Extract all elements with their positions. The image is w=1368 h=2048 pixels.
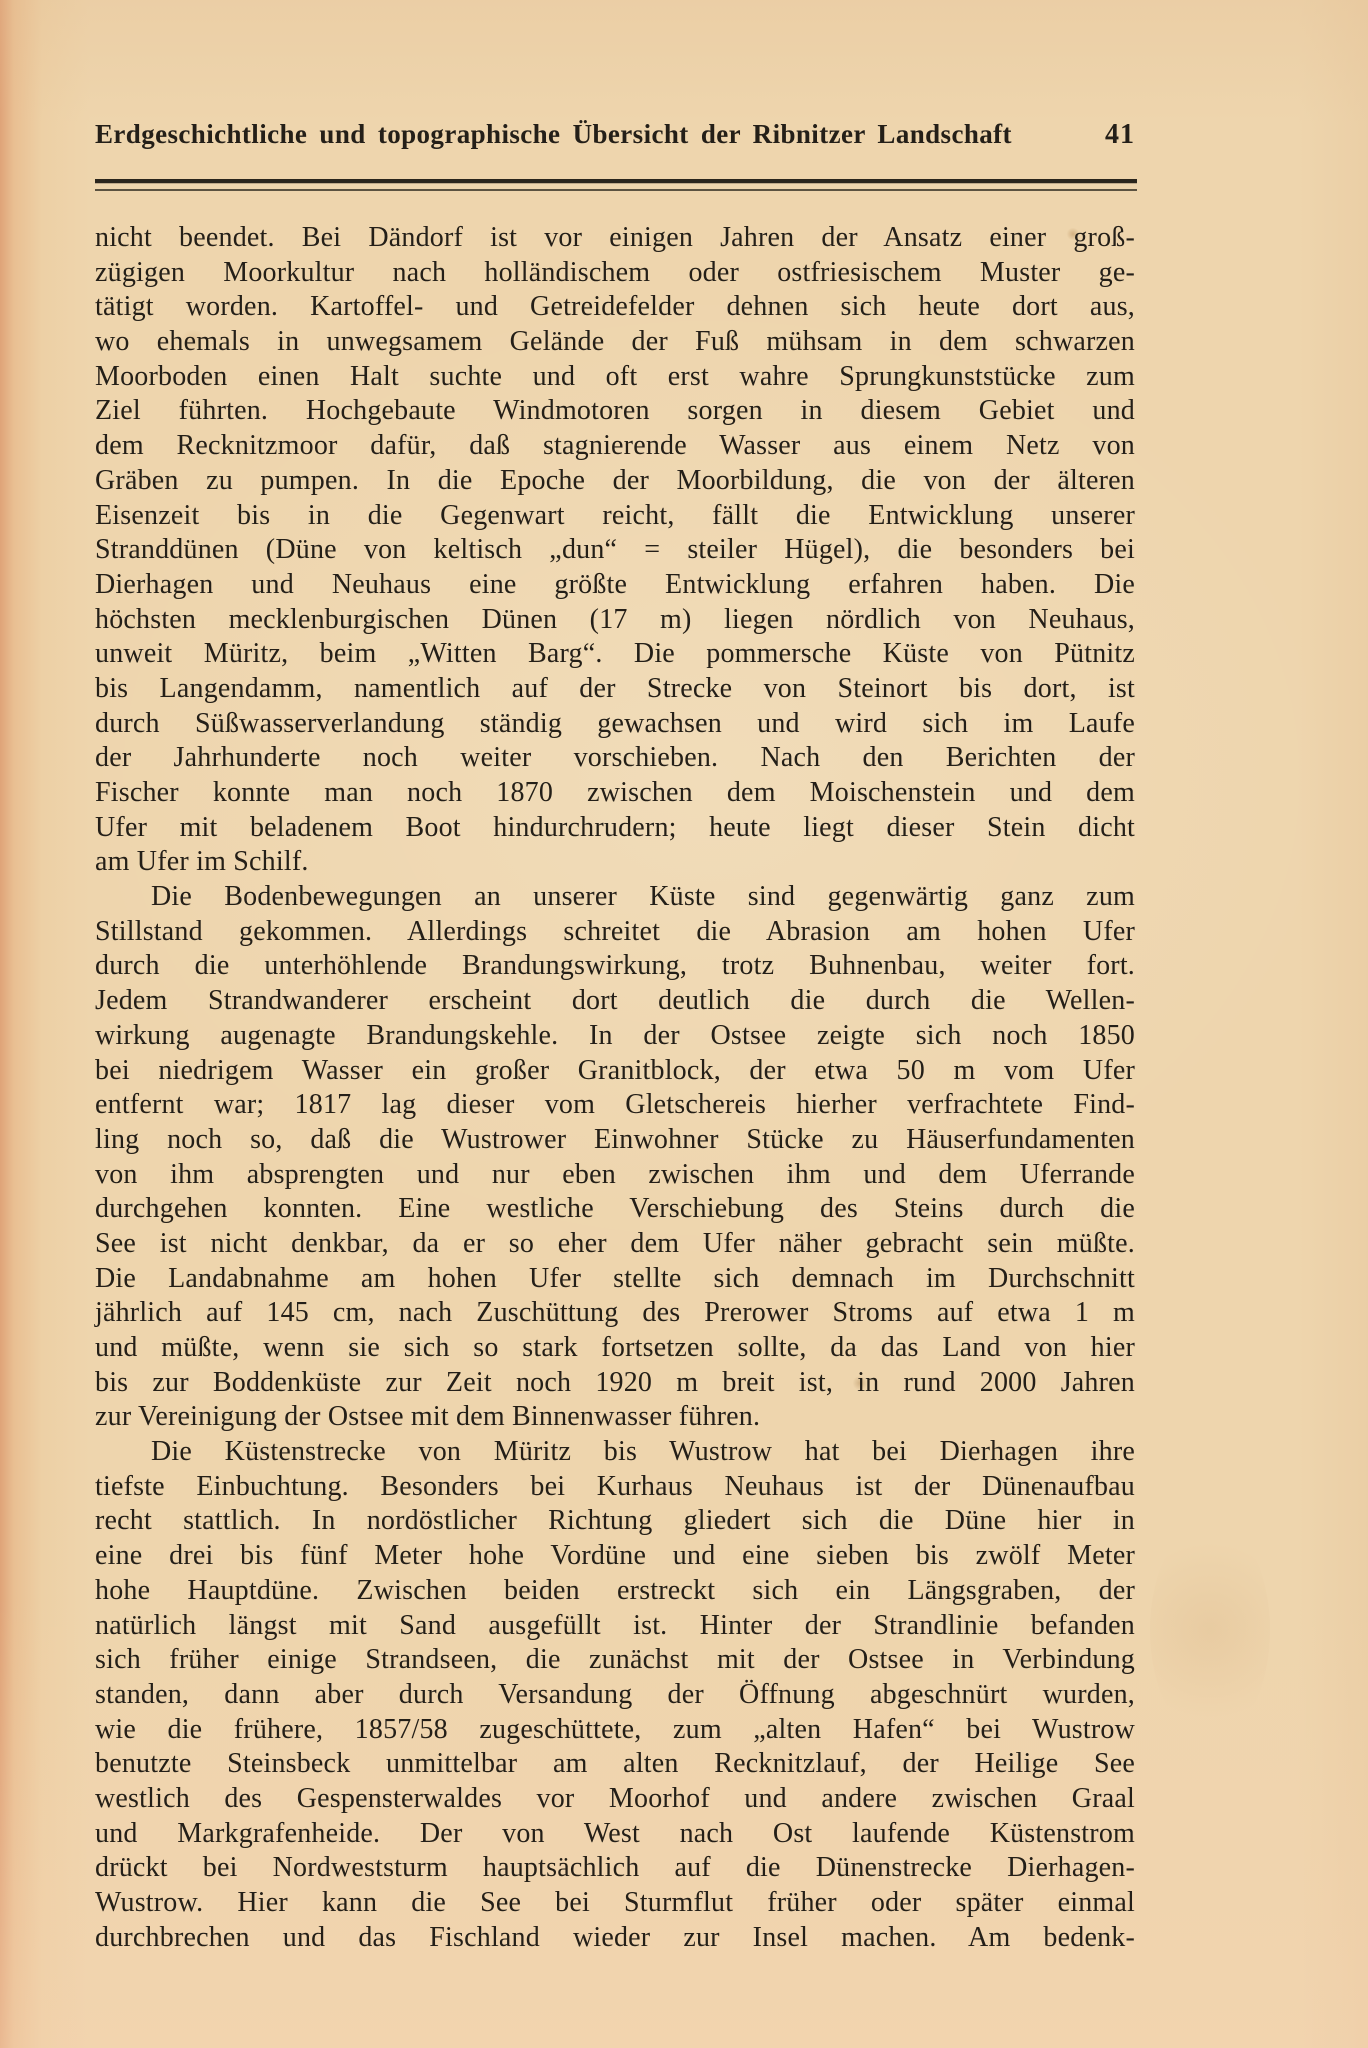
text-line: Fischer konnte man noch 1870 zwischen de… [95, 776, 1135, 811]
text-line: See ist nicht denkbar, da er so eher dem… [95, 1227, 1135, 1262]
text-line: durch Süßwasserverlandung ständig gewach… [95, 707, 1135, 742]
text-line: Eisenzeit bis in die Gegenwart reicht, f… [95, 499, 1135, 534]
text-line: durchbrechen und das Fischland wieder zu… [95, 1921, 1135, 1956]
text-line: höchsten mecklenburgischen Dünen (17 m) … [95, 603, 1135, 638]
paper-stain [1150, 1520, 1270, 1740]
text-line: wirkung augenagte Brandungskehle. In der… [95, 1019, 1135, 1054]
text-line: nicht beendet. Bei Dändorf ist vor einig… [95, 221, 1135, 256]
page-number: 41 [1105, 119, 1135, 151]
text-line: wie die frühere, 1857/58 zugeschüttete, … [95, 1713, 1135, 1748]
text-line: Stranddünen (Düne von keltisch „dun“ = s… [95, 533, 1135, 568]
paragraph: nicht beendet. Bei Dändorf ist vor einig… [95, 221, 1135, 880]
header-rule-thin [95, 189, 1137, 191]
text-line: Dierhagen und Neuhaus eine größte Entwic… [95, 568, 1135, 603]
text-line: benutzte Steinsbeck unmittelbar am alten… [95, 1747, 1135, 1782]
text-line: zügigen Moorkultur nach holländischem od… [95, 256, 1135, 291]
text-line: westlich des Gespensterwaldes vor Moorho… [95, 1782, 1135, 1817]
text-line: standen, dann aber durch Versandung der … [95, 1678, 1135, 1713]
text-line: sich früher einige Strandseen, die zunäc… [95, 1643, 1135, 1678]
text-line: eine drei bis fünf Meter hohe Vordüne un… [95, 1539, 1135, 1574]
text-line: Moorboden einen Halt suchte und oft erst… [95, 360, 1135, 395]
text-line: und Markgrafenheide. Der von West nach O… [95, 1817, 1135, 1852]
text-line: recht stattlich. In nordöstlicher Richtu… [95, 1504, 1135, 1539]
text-line: wo ehemals in unwegsamem Gelände der Fuß… [95, 325, 1135, 360]
text-line: dem Recknitzmoor dafür, daß stagnierende… [95, 429, 1135, 464]
text-line: Die Bodenbewegungen an unserer Küste sin… [95, 880, 1135, 915]
text-line: Die Küstenstrecke von Müritz bis Wustrow… [95, 1435, 1135, 1470]
text-line: tätigt worden. Kartoffel- und Getreidefe… [95, 290, 1135, 325]
text-line: Gräben zu pumpen. In die Epoche der Moor… [95, 464, 1135, 499]
text-line: zur Vereinigung der Ostsee mit dem Binne… [95, 1400, 1135, 1435]
text-line: und müßte, wenn sie sich so stark fortse… [95, 1331, 1135, 1366]
header-title: Erdgeschichtliche und topographische Übe… [95, 119, 1012, 150]
running-header: Erdgeschichtliche und topographische Übe… [95, 119, 1135, 151]
header-rule-thick [95, 179, 1137, 183]
text-line: am Ufer im Schilf. [95, 845, 1135, 880]
paragraph: Die Küstenstrecke von Müritz bis Wustrow… [95, 1435, 1135, 1955]
text-line: Jedem Strandwanderer erscheint dort deut… [95, 984, 1135, 1019]
text-line: ling noch so, daß die Wustrower Einwohne… [95, 1123, 1135, 1158]
text-line: unweit Müritz, beim „Witten Barg“. Die p… [95, 637, 1135, 672]
text-line: Ziel führten. Hochgebaute Windmotoren so… [95, 394, 1135, 429]
text-line: entfernt war; 1817 lag dieser vom Gletsc… [95, 1088, 1135, 1123]
text-line: jährlich auf 145 cm, nach Zuschüttung de… [95, 1296, 1135, 1331]
text-line: durchgehen konnten. Eine westliche Versc… [95, 1192, 1135, 1227]
text-line: der Jahrhunderte noch weiter vorschieben… [95, 741, 1135, 776]
text-line: Stillstand gekommen. Allerdings schreite… [95, 915, 1135, 950]
text-line: bei niedrigem Wasser ein großer Granitbl… [95, 1054, 1135, 1089]
text-line: Wustrow. Hier kann die See bei Sturmflut… [95, 1886, 1135, 1921]
text-line: drückt bei Nordweststurm hauptsächlich a… [95, 1851, 1135, 1886]
text-line: Die Landabnahme am hohen Ufer stellte si… [95, 1262, 1135, 1297]
book-page: Erdgeschichtliche und topographische Übe… [0, 0, 1368, 2048]
text-line: hohe Hauptdüne. Zwischen beiden erstreck… [95, 1574, 1135, 1609]
paragraph: Die Bodenbewegungen an unserer Küste sin… [95, 880, 1135, 1435]
text-line: durch die unterhöhlende Brandungswirkung… [95, 949, 1135, 984]
text-line: tiefste Einbuchtung. Besonders bei Kurha… [95, 1470, 1135, 1505]
text-line: Ufer mit beladenem Boot hindurchrudern; … [95, 811, 1135, 846]
body-text: nicht beendet. Bei Dändorf ist vor einig… [95, 221, 1135, 1955]
text-line: bis Langendamm, namentlich auf der Strec… [95, 672, 1135, 707]
text-line: von ihm absprengten und nur eben zwische… [95, 1158, 1135, 1193]
text-line: natürlich längst mit Sand ausgefüllt ist… [95, 1609, 1135, 1644]
text-line: bis zur Boddenküste zur Zeit noch 1920 m… [95, 1366, 1135, 1401]
